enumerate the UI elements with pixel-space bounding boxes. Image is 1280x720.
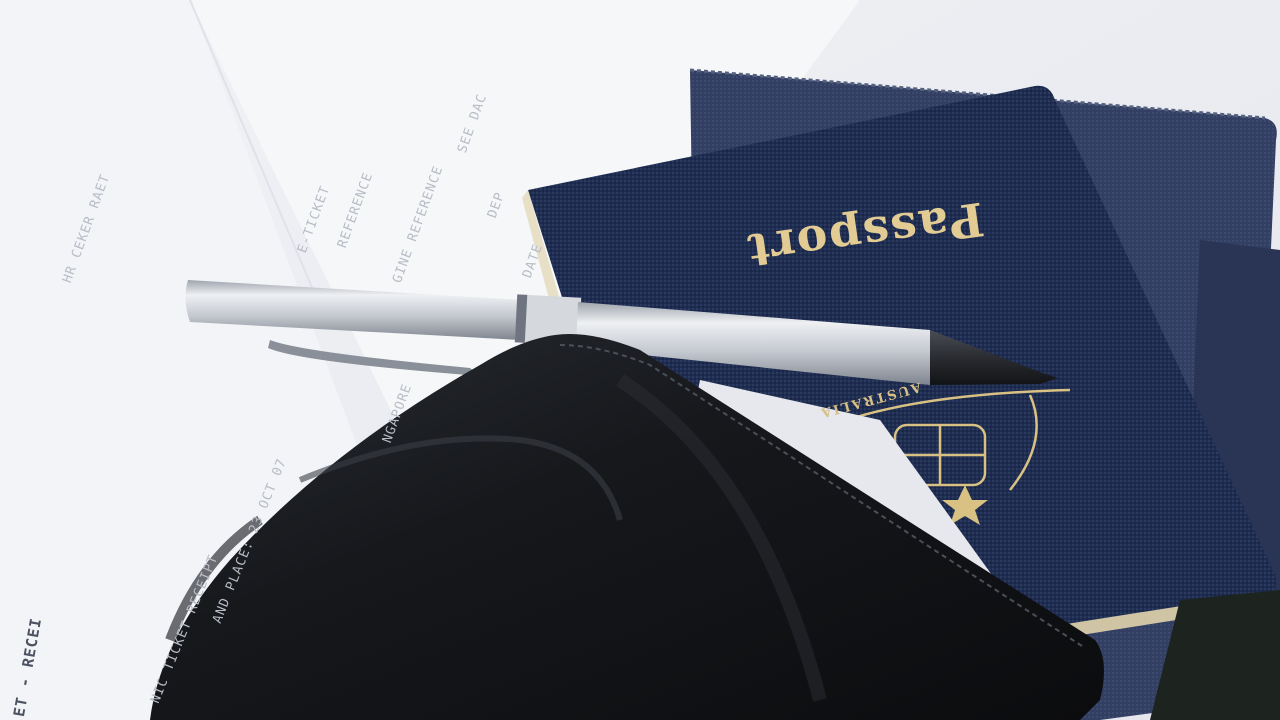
photo-scene: ET - RECEI NIC TICKET RECEIPT AND PLACE:… (0, 0, 1280, 720)
